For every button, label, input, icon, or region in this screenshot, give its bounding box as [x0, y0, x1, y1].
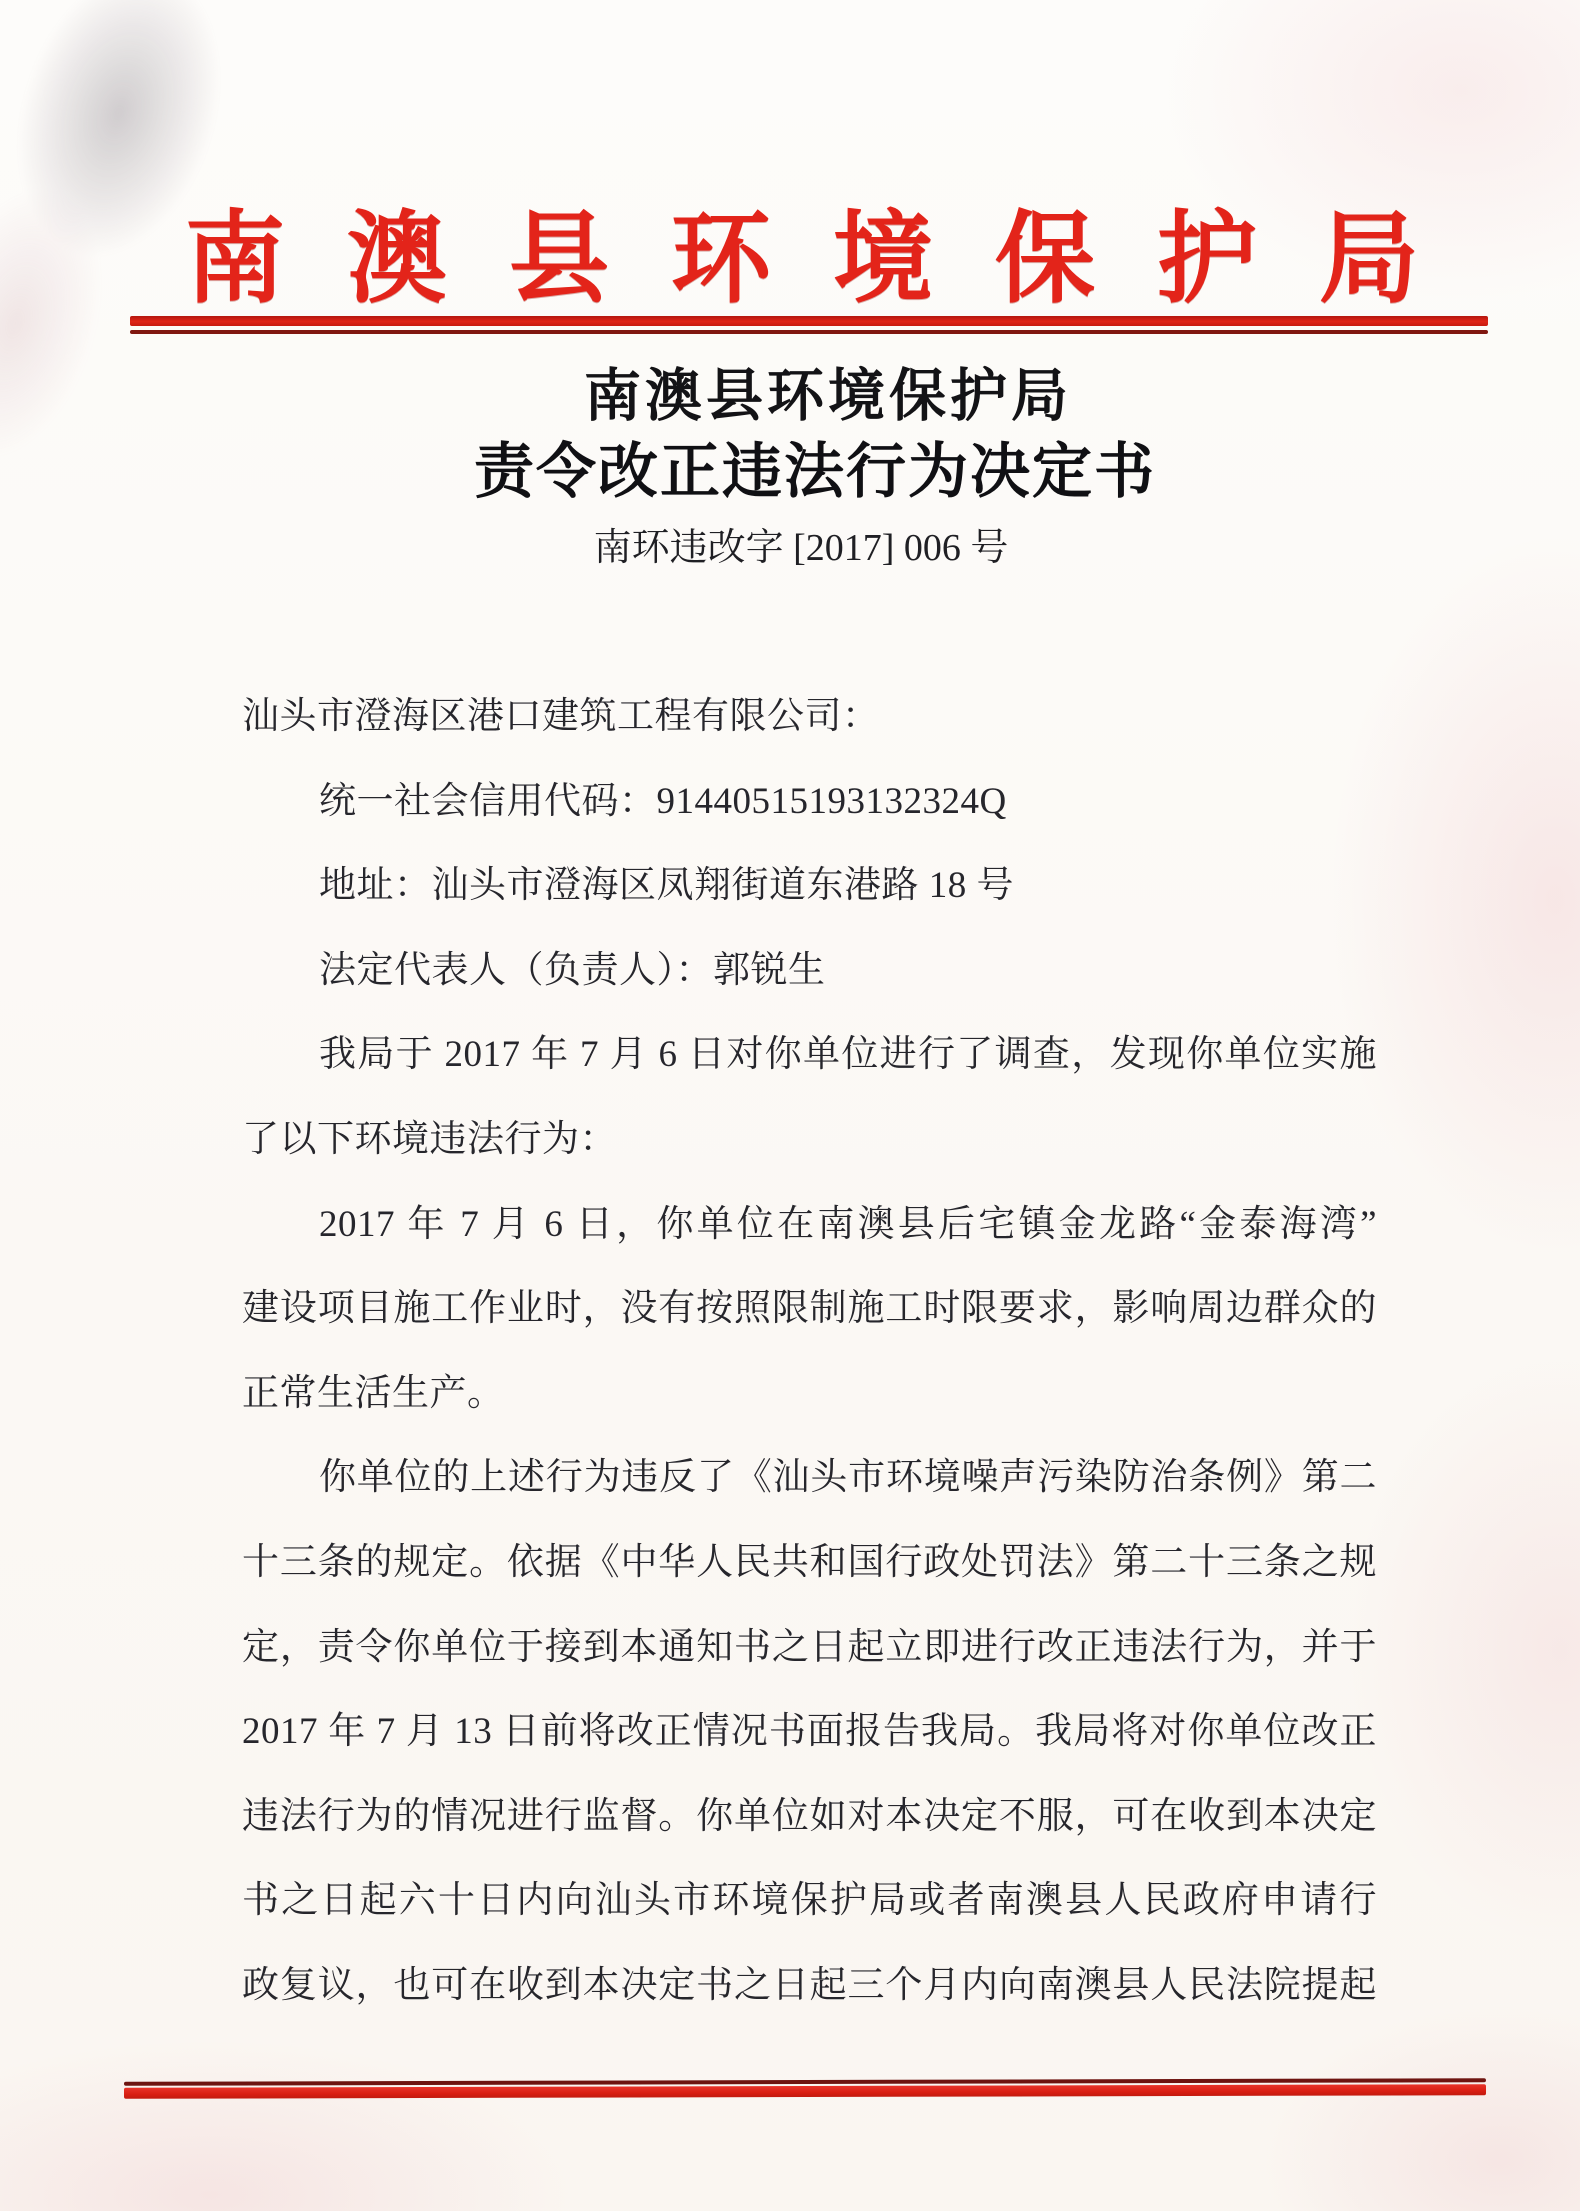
- body-line: 十三条的规定。依据《中华人民共和国行政处罚法》第二十三条之规: [242, 1521, 1377, 1606]
- document-title-agency: 南澳县环境保护局: [0, 350, 1580, 432]
- document-body: 汕头市澄海区港口建筑工程有限公司： 统一社会信用代码：9144051519313…: [242, 675, 1377, 2029]
- body-line: 书之日起六十日内向汕头市环境保护局或者南澳县人民政府申请行: [242, 1859, 1377, 1944]
- body-line: 汕头市澄海区港口建筑工程有限公司：: [242, 675, 1377, 760]
- footer-divider: [124, 2078, 1486, 2099]
- body-line: 2017 年 7 月 6 日，你单位在南澳县后宅镇金龙路“金泰海湾”: [242, 1183, 1377, 1268]
- document-page: 南澳县环境保护局 南澳县环境保护局 责令改正违法行为决定书 南环违改字 [201…: [0, 0, 1580, 2211]
- body-line: 建设项目施工作业时，没有按照限制施工时限要求，影响周边群众的: [242, 1267, 1377, 1352]
- body-line: 政复议，也可在收到本决定书之日起三个月内向南澳县人民法院提起: [242, 1944, 1377, 2029]
- body-line: 统一社会信用代码：91440515193132324Q: [242, 760, 1377, 845]
- body-line: 2017 年 7 月 13 日前将改正情况书面报告我局。我局将对你单位改正: [242, 1690, 1377, 1775]
- body-line: 定，责令你单位于接到本通知书之日起立即进行改正违法行为，并于: [242, 1606, 1377, 1691]
- document-title-type: 责令改正违法行为决定书: [0, 424, 1580, 510]
- body-line: 正常生活生产。: [242, 1352, 1377, 1437]
- letterhead-divider: [130, 316, 1488, 334]
- body-line: 法定代表人（负责人）：郭锐生: [242, 929, 1377, 1014]
- document-number: 南环违改字 [2017] 006 号: [0, 516, 1580, 571]
- body-line: 了以下环境违法行为：: [242, 1098, 1377, 1183]
- body-line: 地址：汕头市澄海区凤翔街道东港路 18 号: [242, 844, 1377, 929]
- body-line: 违法行为的情况进行监督。你单位如对本决定不服，可在收到本决定: [242, 1775, 1377, 1860]
- body-line: 你单位的上述行为违反了《汕头市环境噪声污染防治条例》第二: [242, 1436, 1377, 1521]
- divider-thick-line: [130, 316, 1488, 326]
- body-line: 我局于 2017 年 7 月 6 日对你单位进行了调查，发现你单位实施: [242, 1013, 1377, 1098]
- agency-letterhead: 南澳县环境保护局: [185, 178, 1481, 322]
- footer-thick-line: [124, 2084, 1486, 2099]
- divider-thin-line: [130, 330, 1488, 334]
